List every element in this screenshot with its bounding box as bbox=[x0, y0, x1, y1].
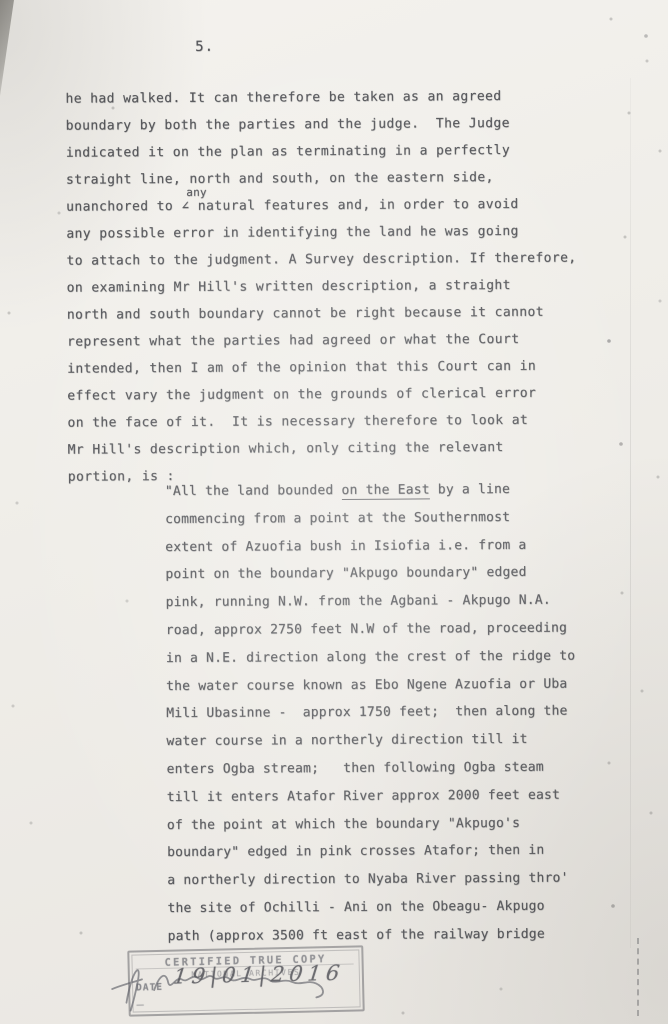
text-line: till it enters Atafor River approx 2000 … bbox=[167, 781, 577, 811]
scanned-page: 5. he had walked. It can therefore be ta… bbox=[0, 0, 668, 1024]
stamp-date-row: DATE 19|01|2016 — bbox=[136, 964, 355, 1013]
text-line: indicated it on the plan as terminating … bbox=[66, 137, 576, 167]
text-line: Mili Ubasinne - approx 1750 feet; then a… bbox=[166, 698, 576, 728]
stamp-date-handwritten: 19|01|2016 bbox=[172, 961, 346, 989]
text-line: effect vary the judgment on the grounds … bbox=[67, 380, 577, 410]
text-line: enters Ogba stream; then following Ogba … bbox=[166, 753, 576, 783]
text-line: represent what the parties had agreed or… bbox=[67, 326, 577, 356]
text-line: on the face of it. It is necessary there… bbox=[67, 407, 577, 437]
text-line: straight line, north and south, on the e… bbox=[66, 164, 576, 194]
text-line: on examining Mr Hill's written descripti… bbox=[67, 272, 577, 302]
text-line: unanchored to any∠ natural features and,… bbox=[66, 191, 576, 221]
text-line: extent of Azuofia bush in Isiofia i.e. f… bbox=[165, 531, 575, 561]
text-line: any possible error in identifying the la… bbox=[66, 218, 576, 248]
inserted-word-text: any bbox=[186, 179, 207, 206]
quoted-boundary-description: "All the land bounded on the East by a l… bbox=[165, 476, 577, 951]
underlined-text: on the East bbox=[341, 482, 429, 500]
text-line: "All the land bounded on the East by a l… bbox=[165, 476, 575, 506]
inserted-word: any∠ bbox=[181, 193, 189, 220]
text-line: he had walked. It can therefore be taken… bbox=[65, 83, 575, 113]
text-line: Mr Hill's description which, only citing… bbox=[68, 434, 578, 464]
certification-stamp: CERTIFIED TRUE COPY NATIONAL ARCHIVES DA… bbox=[127, 945, 364, 1016]
text-line: intended, then I am of the opinion that … bbox=[67, 353, 577, 383]
text-line: a northerly direction to Nyaba River pas… bbox=[167, 865, 577, 895]
text-line: the water course known as Ebo Ngene Azuo… bbox=[166, 670, 576, 700]
text-line: commencing from a point at the Southernm… bbox=[165, 503, 575, 533]
text-line: path (approx 3500 ft east of the railway… bbox=[168, 920, 578, 950]
text-line: in a N.E. direction along the crest of t… bbox=[166, 642, 576, 672]
document-content: 5. he had walked. It can therefore be ta… bbox=[0, 0, 668, 1024]
text-line: of the point at which the boundary "Akpu… bbox=[167, 809, 577, 839]
page-number: 5. bbox=[195, 39, 214, 55]
text-line: north and south boundary cannot be right… bbox=[67, 299, 577, 329]
stamp-trailing-dash: — bbox=[136, 997, 144, 1011]
text-line: boundary" edged in pink crosses Atafor; … bbox=[167, 837, 577, 867]
text-line: boundary by both the parties and the jud… bbox=[66, 110, 576, 140]
text-line: road, approx 2750 feet N.W of the road, … bbox=[166, 615, 576, 645]
text-line: water course in a northerly direction ti… bbox=[166, 726, 576, 756]
text-line: point on the boundary "Akpugo boundary" … bbox=[165, 559, 575, 589]
stamp-date-label: DATE bbox=[136, 982, 163, 994]
body-paragraph: he had walked. It can therefore be taken… bbox=[65, 83, 578, 491]
text-line: pink, running N.W. from the Agbani - Akp… bbox=[165, 587, 575, 617]
text-line: the site of Ochilli - Ani on the Obeagu-… bbox=[167, 892, 577, 922]
text-line: to attach to the judgment. A Survey desc… bbox=[66, 245, 576, 275]
